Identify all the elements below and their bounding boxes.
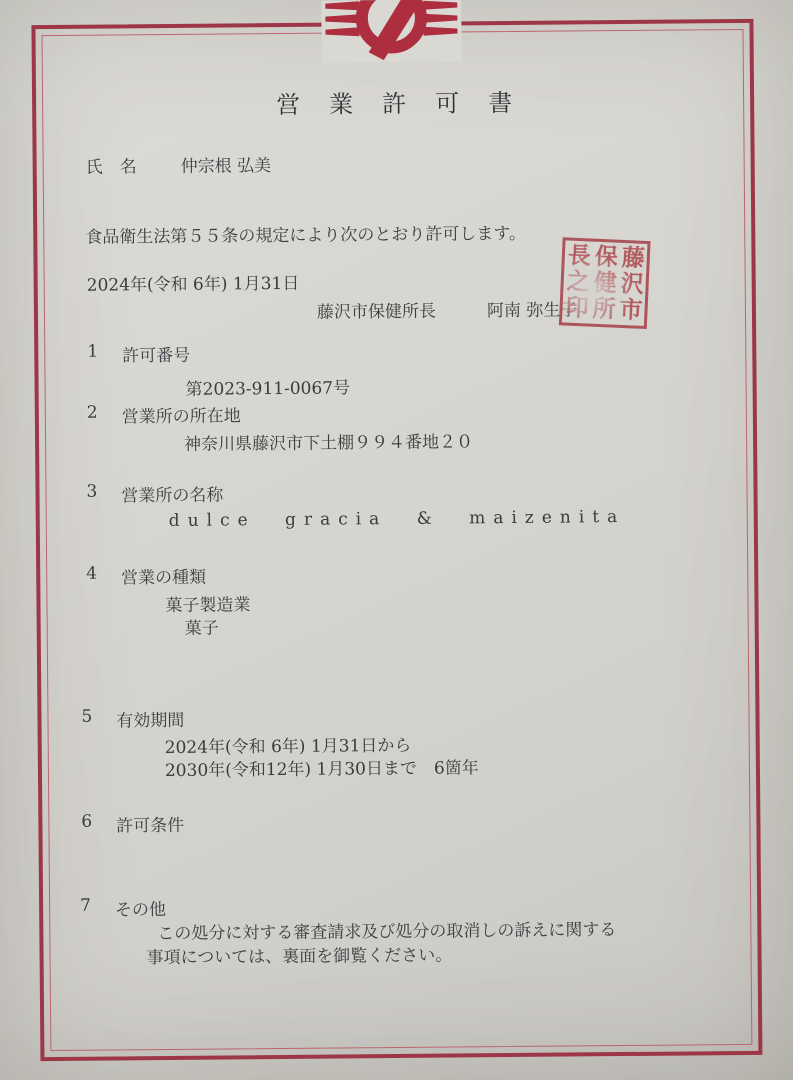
- item-number: 4: [86, 564, 97, 589]
- item-4-value-1: 菓子製造業: [165, 590, 250, 616]
- item-label: その他: [115, 895, 166, 920]
- permit-sheet: 営業許可書 氏 名 仲宗根 弘美 食品衛生法第５５条の規定により次のとおり許可し…: [0, 0, 793, 1080]
- issuer-title: 藤沢市保健所長: [317, 297, 436, 323]
- item-1-value: 第2023-911-0067号: [185, 373, 350, 399]
- item-6: 6 許可条件: [81, 811, 184, 837]
- item-number: 7: [80, 896, 91, 921]
- official-seal-text: 藤沢市保健所長之印: [564, 243, 645, 324]
- issue-date: 2024年(令和 6年) 1月31日: [87, 269, 300, 296]
- item-number: 6: [81, 812, 92, 837]
- item-4: 4 営業の種類: [86, 563, 206, 589]
- item-label: 営業所の名称: [121, 481, 223, 507]
- item-3: 3 営業所の名称: [86, 481, 223, 507]
- item-label: 許可番号: [122, 341, 190, 367]
- official-seal: 藤沢市保健所長之印: [559, 237, 651, 329]
- item-4-value-2: 菓子: [185, 614, 219, 639]
- item-7-value-2: 事項については、裏面を御覧ください。: [146, 941, 452, 969]
- item-5: 5 有効期間: [81, 706, 184, 732]
- item-number: 3: [86, 482, 97, 507]
- name-label: 氏 名: [86, 152, 137, 177]
- item-number: 1: [87, 342, 98, 367]
- item-label: 営業の種類: [121, 563, 206, 589]
- item-number: 2: [87, 403, 98, 428]
- item-number: 5: [81, 707, 92, 732]
- item-1: 1 許可番号: [87, 341, 190, 367]
- name-value: 仲宗根 弘美: [181, 151, 272, 177]
- item-2-value: 神奈川県藤沢市下土棚９９４番地２０: [184, 427, 473, 455]
- item-7-value-1: この処分に対する審査請求及び処分の取消しの訴えに関する: [157, 915, 616, 944]
- item-7: 7 その他: [80, 895, 166, 921]
- item-2: 2 営業所の所在地: [87, 401, 241, 427]
- legal-statement: 食品衛生法第５５条の規定により次のとおり許可します。: [85, 219, 526, 248]
- item-5-value-2: 2030年(令和12年) 1月30日まで 6箇年: [165, 753, 479, 781]
- document-title: 営業許可書: [276, 83, 541, 120]
- item-3-value: dulce gracia & maizenita: [169, 507, 626, 531]
- fujisawa-city-emblem-icon: [321, 0, 462, 63]
- item-label: 有効期間: [116, 706, 184, 732]
- item-label: 許可条件: [116, 811, 184, 837]
- permit-document-photo: 営業許可書 氏 名 仲宗根 弘美 食品衛生法第５５条の規定により次のとおり許可し…: [0, 0, 793, 1080]
- item-label: 営業所の所在地: [122, 401, 241, 427]
